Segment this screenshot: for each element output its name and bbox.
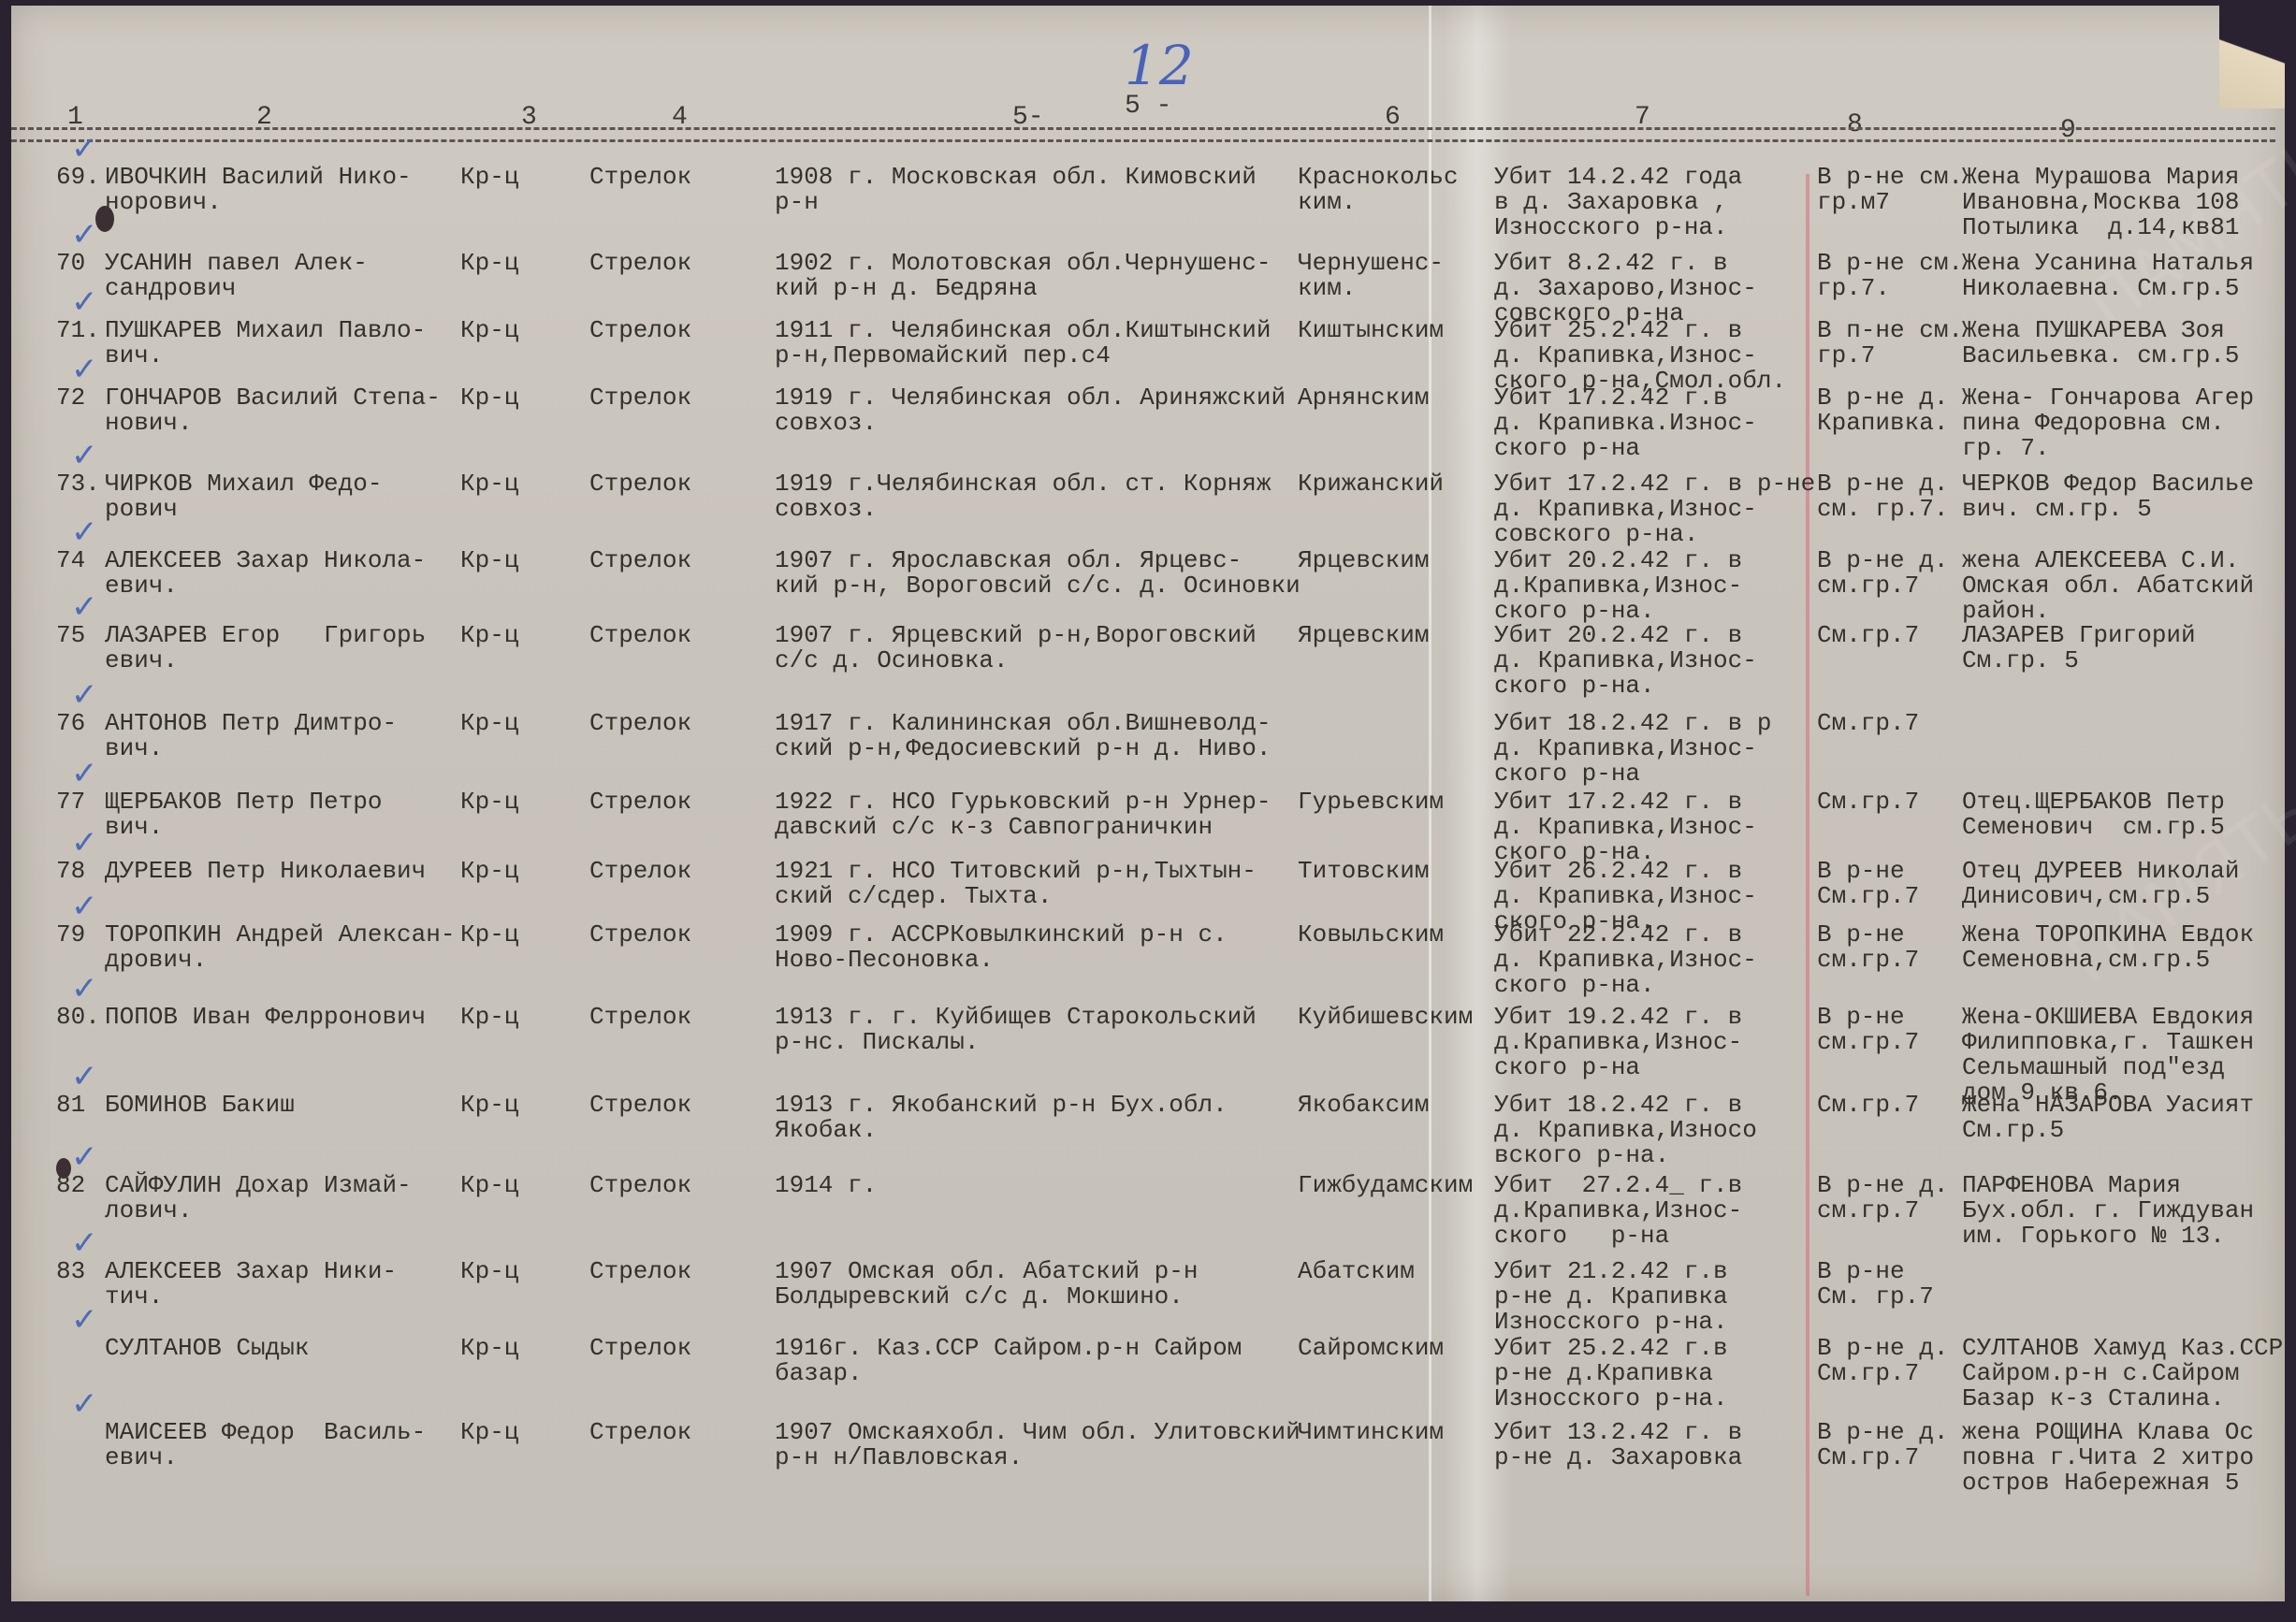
record-number: 81 (56, 1093, 85, 1118)
burial-place: В р-не см.гр.7 (1817, 922, 1919, 973)
birth-year-place: 1916г. Каз.ССР Сайром.р-н Сайром базар. (775, 1336, 1242, 1386)
relatives-info: СУЛТАНОВ Хамуд Каз.ССР Сайром.р-н с.Сайр… (1962, 1336, 2283, 1412)
pencil-check-icon: ✓ (71, 1308, 98, 1333)
pencil-check-icon: ✓ (71, 290, 98, 315)
rank: Кр-ц (460, 1173, 518, 1198)
conscription-office: Ковыльским (1298, 922, 1444, 948)
soldier-name: БОМИНОВ Бакиш (105, 1093, 295, 1118)
soldier-name: ИВОЧКИН Василий Нико- норович. (105, 165, 412, 215)
position: Стрелок (589, 471, 691, 497)
record-number: 80. (56, 1005, 100, 1030)
relatives-info: Жена Усанина Наталья Николаевна. См.гр.5 (1962, 251, 2254, 301)
relatives-info: Жена- Гончарова Агер пина Федоровна см. … (1962, 385, 2254, 461)
soldier-name: ЧИРКОВ Михаил Федо- рович (105, 471, 382, 522)
burial-place: В р-не д. см.гр.7 (1817, 548, 1948, 599)
soldier-name: ЩЕРБАКОВ Петр Петро вич. (105, 789, 382, 840)
pencil-check-icon: ✓ (71, 894, 98, 920)
record-number: 72 (56, 385, 85, 411)
record-number: 70 (56, 251, 85, 276)
conscription-office: Титовским (1298, 859, 1429, 884)
fate-details: Убит 8.2.42 г. в д. Захарово,Износ- совс… (1494, 251, 1757, 326)
burial-place: В р-не д. см.гр.7 (1817, 1173, 1948, 1224)
record-number: 69. (56, 165, 100, 190)
burial-place: В р-не См. гр.7 (1817, 1259, 1934, 1310)
burial-place: В р-не См.гр.7 (1817, 859, 1919, 909)
rank: Кр-ц (460, 165, 518, 190)
birth-year-place: 1914 г. (775, 1173, 877, 1198)
position: Стрелок (589, 1093, 691, 1118)
fate-details: Убит 20.2.42 г. в д. Крапивка,Износ- ско… (1494, 623, 1757, 699)
soldier-name: ДУРЕЕВ Петр Николаевич (105, 859, 426, 884)
punch-hole (56, 1158, 71, 1179)
burial-place: В п-не см. гр.7 (1817, 318, 1963, 369)
position: Стрелок (589, 165, 691, 190)
fate-details: Убит 25.2.42 г.в р-не д.Крапивка Износск… (1494, 1336, 1728, 1412)
soldier-name: ГОНЧАРОВ Василий Степа- нович. (105, 385, 441, 436)
birth-year-place: 1907 г. Ярцевский р-н,Вороговский с/с д.… (775, 623, 1257, 673)
fate-details: Убит 13.2.42 г. в р-не д. Захаровка (1494, 1420, 1742, 1470)
fate-details: Убит 20.2.42 г. в д.Крапивка,Износ- ског… (1494, 548, 1742, 624)
birth-year-place: 1907 г. Ярославская обл. Ярцевс- кий р-н… (775, 548, 1301, 599)
position: Стрелок (589, 1420, 691, 1445)
birth-year-place: 1902 г. Молотовская обл.Чернушенс- кий р… (775, 251, 1272, 301)
birth-year-place: 1919 г.Челябинская обл. ст. Корняж совхо… (775, 471, 1272, 522)
rank: Кр-ц (460, 789, 518, 815)
relatives-info: Жена ТОРОПКИНА Евдок Семеновна,см.гр.5 (1962, 922, 2254, 973)
soldier-name: ПОПОВ Иван Фелрронович (105, 1005, 426, 1030)
rank: Кр-ц (460, 251, 518, 276)
pencil-check-icon: ✓ (71, 137, 98, 162)
birth-year-place: 1913 г. г. Куйбищев Старокольский р-нс. … (775, 1005, 1257, 1055)
conscription-office: Чернушенс- ким. (1298, 251, 1444, 301)
conscription-office: Гижбудамским (1298, 1173, 1473, 1198)
rank: Кр-ц (460, 385, 518, 411)
position: Стрелок (589, 385, 691, 411)
rank: Кр-ц (460, 859, 518, 884)
birth-year-place: 1917 г. Калининская обл.Вишневолд- ский … (775, 711, 1272, 761)
red-pencil-margin-line (1806, 174, 1809, 1596)
burial-place: В р-не д. см. гр.7. (1817, 471, 1948, 522)
record-number: 78 (56, 859, 85, 884)
relatives-info: Отец.ЩЕРБАКОВ Петр Семенович см.гр.5 (1962, 789, 2225, 840)
burial-place: См.гр.7 (1817, 623, 1919, 648)
birth-year-place: 1911 г. Челябинская обл.Киштынский р-н,П… (775, 318, 1272, 369)
soldier-name: АЛЕКСЕЕВ Захар Ники- тич. (105, 1259, 397, 1310)
rank: Кр-ц (460, 548, 518, 573)
rank: Кр-ц (460, 711, 518, 736)
conscription-office: Ярцевским (1298, 548, 1429, 573)
pencil-check-icon: ✓ (71, 761, 98, 787)
fate-details: Убит 25.2.42 г. в д. Крапивка,Износ- ско… (1494, 318, 1786, 394)
pencil-check-icon: ✓ (71, 977, 98, 1002)
conscription-office: Киштынским (1298, 318, 1444, 343)
position: Стрелок (589, 922, 691, 948)
pencil-check-icon: ✓ (71, 223, 98, 248)
conscription-office: Арнянским (1298, 385, 1429, 411)
pencil-check-icon: ✓ (71, 1064, 98, 1090)
position: Стрелок (589, 251, 691, 276)
punch-hole (95, 206, 114, 232)
relatives-info: Отец ДУРЕЕВ Николай Динисович,см.гр.5 (1962, 859, 2239, 909)
pencil-check-icon: ✓ (71, 1231, 98, 1256)
relatives-info: ПАРФЕНОВА Мария Бух.обл. г. Гиждуван им.… (1962, 1173, 2254, 1249)
pencil-check-icon: ✓ (71, 595, 98, 620)
soldier-name: АЛЕКСЕЕВ Захар Никола- евич. (105, 548, 426, 599)
pencil-check-icon: ✓ (71, 1145, 98, 1170)
position: Стрелок (589, 1259, 691, 1284)
birth-year-place: 1922 г. НСО Гурьковский р-н Урнер- давск… (775, 789, 1272, 840)
rank: Кр-ц (460, 1259, 518, 1284)
conscription-office: Куйбишевским (1298, 1005, 1473, 1030)
rank: Кр-ц (460, 471, 518, 497)
burial-place: В р-не д. См.гр.7 (1817, 1336, 1948, 1386)
position: Стрелок (589, 623, 691, 648)
record-number: 76 (56, 711, 85, 736)
position: Стрелок (589, 789, 691, 815)
soldier-name: ТОРОПКИН Андрей Алексан- дрович. (105, 922, 455, 973)
conscription-office: Якобаксим (1298, 1093, 1429, 1118)
fate-details: Убит 19.2.42 г. в д.Крапивка,Износ- ског… (1494, 1005, 1742, 1080)
folded-corner (2219, 6, 2285, 109)
burial-place: См.гр.7 (1817, 1093, 1919, 1118)
burial-place: В р-не д. Крапивка. (1817, 385, 1948, 436)
pencil-check-icon: ✓ (71, 683, 98, 708)
record-number: 75 (56, 623, 85, 648)
pencil-check-icon: ✓ (71, 1392, 98, 1417)
birth-year-place: 1921 г. НСО Титовский р-н,Тыхтын- ский с… (775, 859, 1257, 909)
position: Стрелок (589, 1336, 691, 1361)
pencil-check-icon: ✓ (71, 357, 98, 383)
birth-year-place: 1913 г. Якобанский р-н Бух.обл. Якобак. (775, 1093, 1228, 1143)
document-sheet: ПАМЯТЬ ПАМЯТЬ 12 1 2 3 4 5- 5 - 6 7 8 9 … (11, 6, 2285, 1601)
burial-place: См.гр.7 (1817, 789, 1919, 815)
burial-place: См.гр.7 (1817, 711, 1919, 736)
conscription-office: Крижанский (1298, 471, 1444, 497)
rank: Кр-ц (460, 1093, 518, 1118)
soldier-name: УСАНИН павел Алек- сандрович (105, 251, 368, 301)
record-number: 71. (56, 318, 100, 343)
record-number: 74 (56, 548, 85, 573)
conscription-office: Ярцевским (1298, 623, 1429, 648)
conscription-office: Чимтинским (1298, 1420, 1444, 1445)
soldier-name: МАИСЕЕВ Федор Василь- евич. (105, 1420, 426, 1470)
rank: Кр-ц (460, 1420, 518, 1445)
fate-details: Убит 21.2.42 г.в р-не д. Крапивка Износс… (1494, 1259, 1728, 1335)
soldier-name: ЛАЗАРЕВ Егор Григорь евич. (105, 623, 426, 673)
relatives-info: Жена ПУШКАРЕВА Зоя Васильевка. см.гр.5 (1962, 318, 2239, 369)
burial-place: В р-не д. См.гр.7 (1817, 1420, 1948, 1470)
position: Стрелок (589, 318, 691, 343)
relatives-info: Жена Мурашова Мария Ивановна,Москва 108 … (1962, 165, 2239, 240)
column-header: 5 - (1125, 92, 1171, 121)
birth-year-place: 1907 Омская обл. Абатский р-н Болдыревск… (775, 1259, 1198, 1310)
pencil-check-icon: ✓ (71, 520, 98, 545)
birth-year-place: 1907 Омскаяхобл. Чим обл. Улитовский р-н… (775, 1420, 1301, 1470)
pencil-check-icon: ✓ (71, 443, 98, 469)
position: Стрелок (589, 1005, 691, 1030)
record-number: 77 (56, 789, 85, 815)
fate-details: Убит 27.2.4_ г.в д.Крапивка,Износ- ского… (1494, 1173, 1742, 1249)
birth-year-place: 1919 г. Челябинская обл. Ариняжский совх… (775, 385, 1286, 436)
fate-details: Убит 17.2.42 г.в д. Крапивка.Износ- ског… (1494, 385, 1757, 461)
position: Стрелок (589, 859, 691, 884)
birth-year-place: 1908 г. Московская обл. Кимовский р-н (775, 165, 1257, 215)
soldier-name: САЙФУЛИН Дохар Измай- лович. (105, 1173, 412, 1224)
header-dashed-rule (11, 127, 2275, 142)
birth-year-place: 1909 г. АССРКовылкинский р-н с. Ново-Пес… (775, 922, 1228, 973)
conscription-office: Краснокольс ким. (1298, 165, 1459, 215)
position: Стрелок (589, 548, 691, 573)
pencil-check-icon: ✓ (71, 831, 98, 856)
relatives-info: ЛАЗАРЕВ Григорий См.гр. 5 (1962, 623, 2196, 673)
burial-place: В р-не см. гр.7. (1817, 251, 1963, 301)
relatives-info: жена РОЩИНА Клава Ос повна г.Чита 2 хитр… (1962, 1420, 2254, 1496)
rank: Кр-ц (460, 922, 518, 948)
page-number: 12 (1125, 34, 1194, 97)
conscription-office: Сайромским (1298, 1336, 1444, 1361)
fate-details: Убит 17.2.42 г. в р-не д. Крапивка,Износ… (1494, 471, 1815, 547)
position: Стрелок (589, 1173, 691, 1198)
relatives-info: жена АЛЕКСЕЕВА С.И. Омская обл. Абатский… (1962, 548, 2254, 624)
rank: Кр-ц (460, 623, 518, 648)
soldier-name: АНТОНОВ Петр Димтро- вич. (105, 711, 397, 761)
soldier-name: ПУШКАРЕВ Михаил Павло- вич. (105, 318, 426, 369)
fate-details: Убит 18.2.42 г. в р д. Крапивка,Износ- с… (1494, 711, 1771, 787)
conscription-office: Абатским (1298, 1259, 1415, 1284)
rank: Кр-ц (460, 318, 518, 343)
fate-details: Убит 22.2.42 г. в д. Крапивка,Износ- ско… (1494, 922, 1757, 998)
fate-details: Убит 18.2.42 г. в д. Крапивка,Износо вск… (1494, 1093, 1757, 1168)
rank: Кр-ц (460, 1005, 518, 1030)
relatives-info: Жена НАЗАРОВА Уасият См.гр.5 (1962, 1093, 2254, 1143)
record-number: 83 (56, 1259, 85, 1284)
fate-details: Убит 17.2.42 г. в д. Крапивка,Износ- ско… (1494, 789, 1757, 865)
burial-place: В р-не см. гр.м7 (1817, 165, 1963, 215)
record-number: 73. (56, 471, 100, 497)
burial-place: В р-не см.гр.7 (1817, 1005, 1919, 1055)
rank: Кр-ц (460, 1336, 518, 1361)
conscription-office: Гурьевским (1298, 789, 1444, 815)
record-number: 79 (56, 922, 85, 948)
position: Стрелок (589, 711, 691, 736)
soldier-name: СУЛТАНОВ Сыдык (105, 1336, 309, 1361)
fate-details: Убит 14.2.42 года в д. Захаровка , Износ… (1494, 165, 1742, 240)
relatives-info: ЧЕРКОВ Федор Василье вич. см.гр. 5 (1962, 471, 2254, 522)
